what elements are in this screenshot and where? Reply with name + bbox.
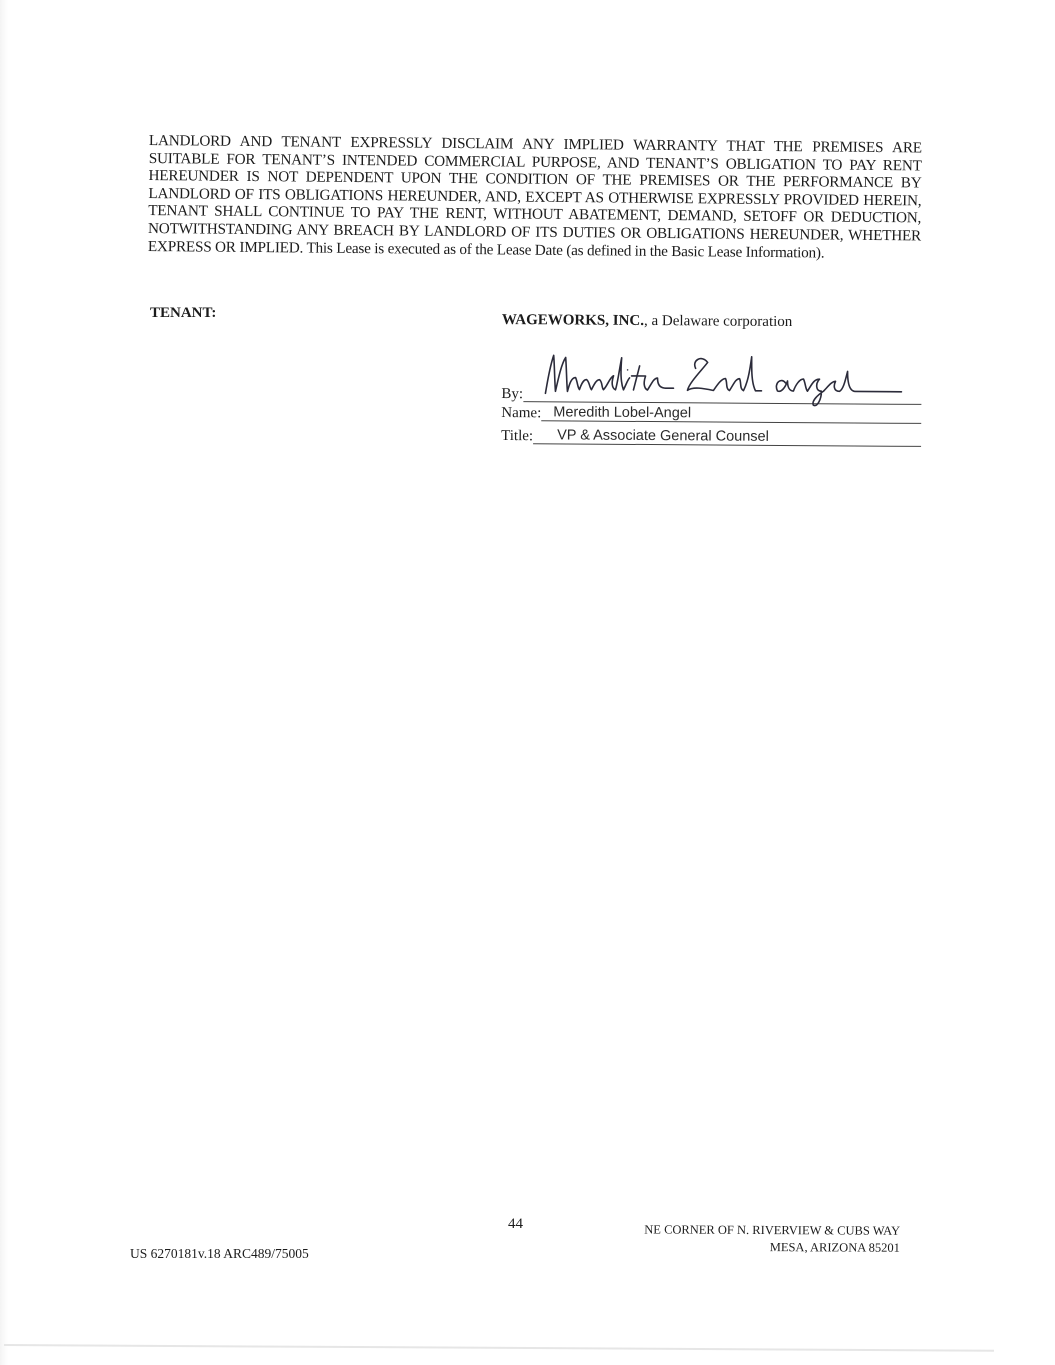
by-label: By: xyxy=(501,386,523,403)
signature-line xyxy=(523,345,922,405)
tenant-label: TENANT: xyxy=(150,305,216,322)
company-line: WAGEWORKS, INC., a Delaware corporation xyxy=(502,312,922,332)
document-id: US 6270181v.18 ARC489/75005 xyxy=(130,1246,309,1262)
page-number: 44 xyxy=(508,1216,523,1233)
signature-block: WAGEWORKS, INC., a Delaware corporation … xyxy=(501,312,922,448)
signer-name: Meredith Lobel-Angel xyxy=(553,404,691,421)
signer-title: VP & Associate General Counsel xyxy=(557,427,769,444)
title-row: Title: VP & Associate General Counsel xyxy=(501,426,921,448)
name-line: Meredith Lobel-Angel xyxy=(541,401,921,424)
name-label: Name: xyxy=(501,405,541,422)
name-row: Name: Meredith Lobel-Angel xyxy=(501,403,921,425)
title-label: Title: xyxy=(501,428,533,445)
company-descriptor: , a Delaware corporation xyxy=(644,313,792,330)
company-name: WAGEWORKS, INC. xyxy=(502,312,644,329)
address-line-1: NE CORNER OF N. RIVERVIEW & CUBS WAY xyxy=(600,1221,900,1240)
scan-edge-shadow xyxy=(0,0,8,1365)
disclaimer-paragraph: LANDLORD AND TENANT EXPRESSLY DISCLAIM A… xyxy=(148,132,922,263)
handwritten-signature xyxy=(523,347,903,408)
by-row: By: xyxy=(501,347,921,406)
title-line: VP & Associate General Counsel xyxy=(533,424,921,447)
address-line-2: MESA, ARIZONA 85201 xyxy=(600,1238,900,1257)
scan-artifact-line xyxy=(4,1344,994,1352)
property-address: NE CORNER OF N. RIVERVIEW & CUBS WAY MES… xyxy=(600,1221,900,1257)
